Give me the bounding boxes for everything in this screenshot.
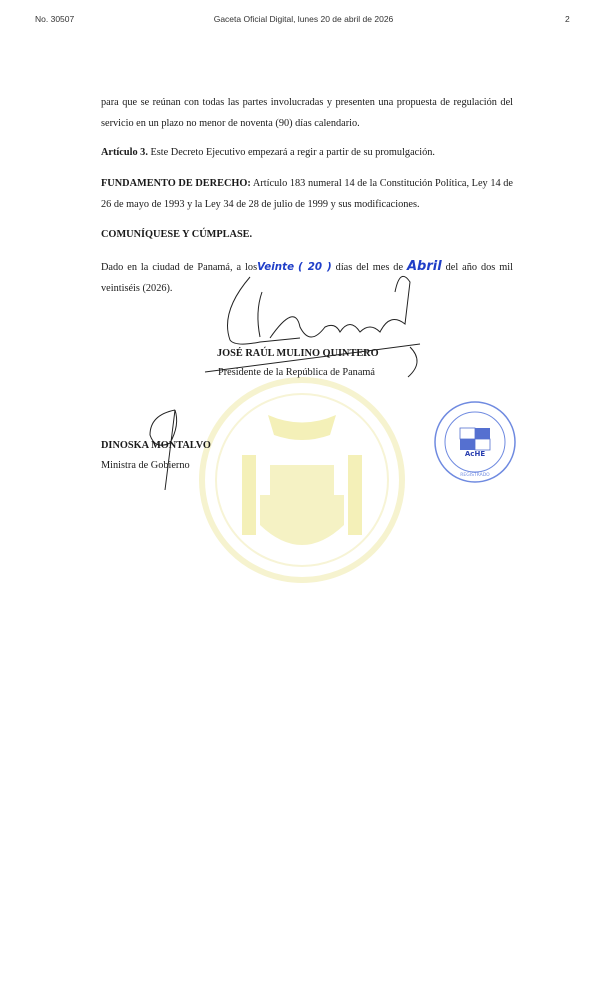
coat-of-arms-watermark-icon — [180, 375, 425, 585]
legal-basis-label: FUNDAMENTO DE DERECHO: — [101, 178, 251, 189]
continuation-paragraph: para que se reúnan con todas las partes … — [101, 92, 513, 134]
article-3: Artículo 3. Este Decreto Ejecutivo empez… — [101, 142, 513, 163]
president-name: JOSÉ RAÚL MULINO QUINTERO — [217, 348, 379, 359]
president-title: Presidente de la República de Panamá — [218, 367, 375, 378]
minister-title: Ministra de Gobierno — [101, 460, 190, 471]
minister-name: DINOSKA MONTALVO — [101, 440, 211, 451]
legal-basis: FUNDAMENTO DE DERECHO: Artículo 183 nume… — [101, 173, 513, 215]
article-3-text: Este Decreto Ejecutivo empezará a regir … — [148, 147, 435, 158]
gazette-title: Gaceta Oficial Digital, lunes 20 de abri… — [0, 14, 607, 24]
page-number: 2 — [565, 14, 570, 24]
svg-text:AcHE: AcHE — [465, 450, 485, 458]
registration-stamp-icon: AcHE REGISTRADO — [430, 400, 520, 484]
closing-formula: COMUNÍQUESE Y CÚMPLASE. — [101, 224, 513, 245]
article-3-label: Artículo 3. — [101, 147, 148, 158]
svg-text:REGISTRADO: REGISTRADO — [460, 472, 490, 478]
